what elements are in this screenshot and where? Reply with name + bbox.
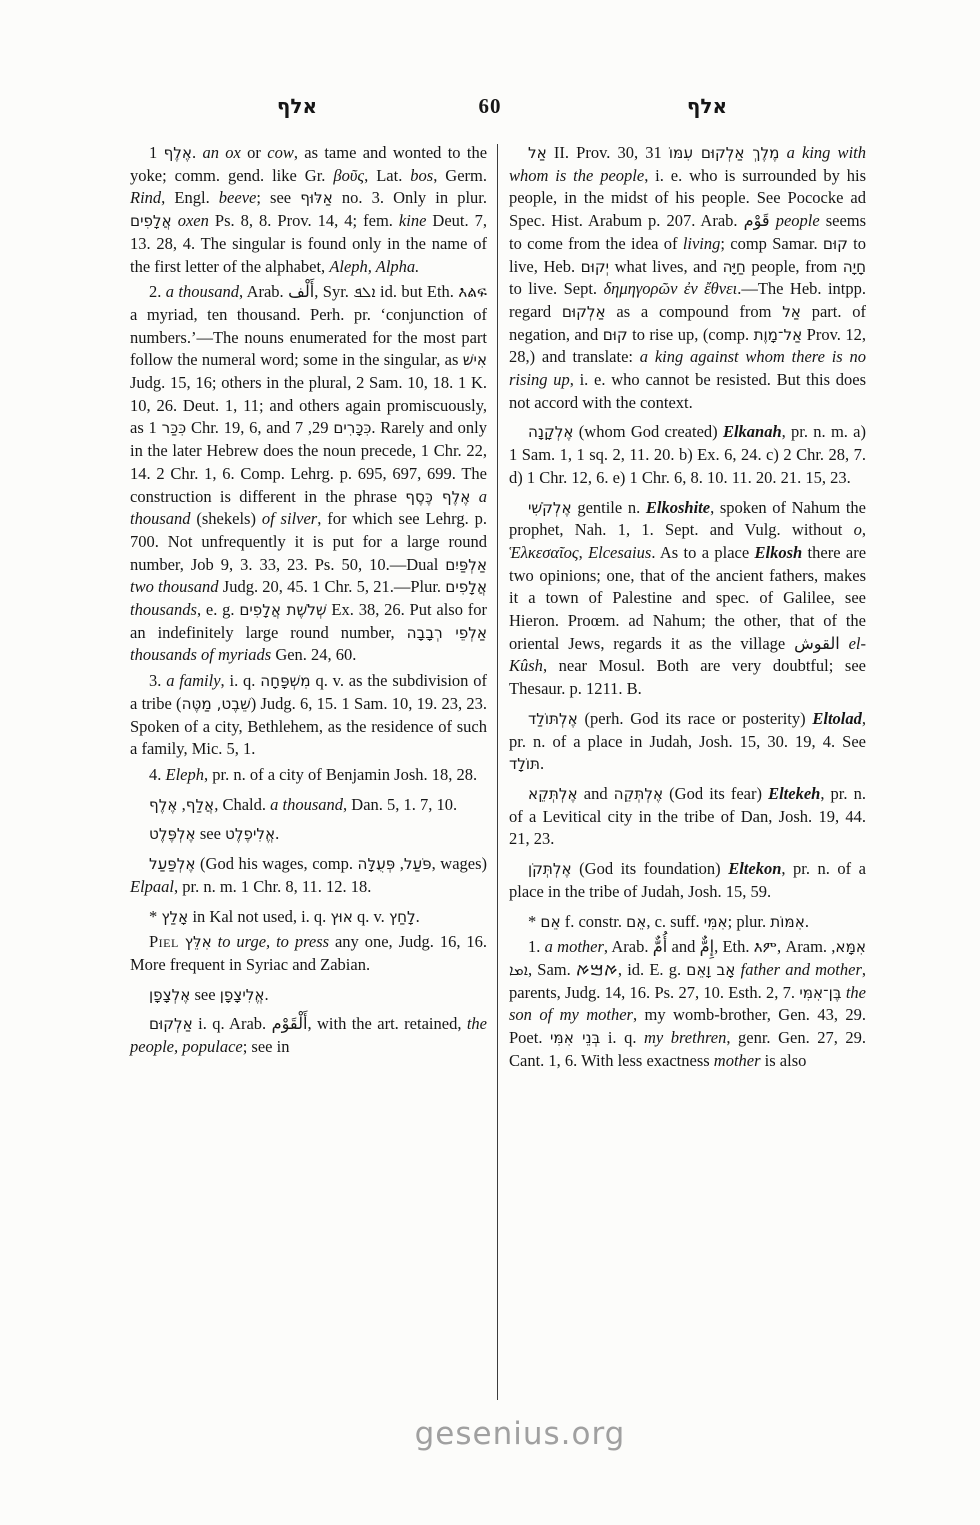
text-run: , near Mosul. Both are very doubtful; se… <box>509 656 866 698</box>
hebrew-word: אֶלְפֶּלֶט <box>149 825 196 843</box>
text-run: gentile n. <box>572 498 646 517</box>
hebrew-word: אֵם <box>540 913 560 931</box>
entry-elkanah: אֶלְקָנָה (whom God created) Elkanah, pr… <box>509 421 866 489</box>
text-run: , <box>862 520 866 539</box>
italic-text: kine <box>399 211 426 230</box>
hebrew-word: אַל <box>782 303 801 321</box>
text-run: , Engl. <box>161 188 219 207</box>
entry-al-II: אַל II. Prov. 30, 31 מֶלֶךְ אַלְקוּם עִמ… <box>509 142 866 414</box>
hebrew-word: אִישׁ <box>463 351 487 369</box>
hebrew-word: אֶלְתּוֹלַד <box>528 710 578 728</box>
italic-text: two thousand <box>130 577 219 596</box>
hebrew-word: שֵׁבֶט, מַטֶּה <box>182 695 251 713</box>
proper-name: Eltolad <box>812 709 862 728</box>
text-run: (God his wages, comp. <box>196 854 358 873</box>
text-run: 1. <box>528 937 545 956</box>
text-run: see <box>190 985 219 1004</box>
italic-text: bos <box>410 166 433 185</box>
hebrew-word: אִמִּי <box>704 913 728 931</box>
entry-alats: * אָלַץ in Kal not used, i. q. אוּץ q. v… <box>130 906 487 929</box>
italic-text: a mother <box>545 937 604 956</box>
right-column: אַל II. Prov. 30, 31 מֶלֶךְ אַלְקוּם עִמ… <box>509 142 866 1074</box>
italic-text: mother <box>714 1051 761 1070</box>
greek-text: Ἑλκεσαῖος <box>509 543 579 562</box>
hebrew-word: אִמָּא <box>835 938 866 956</box>
text-run: , pr. n. of a city of Benjamin Josh. 18,… <box>204 765 477 784</box>
hebrew-word: אֶלְפַּעַל <box>149 855 196 873</box>
text-run: , Lat. <box>364 166 410 185</box>
hebrew-word: אָלַץ <box>161 908 188 926</box>
arabic-word: أَلْف <box>288 282 314 301</box>
hebrew-word: אַלְקוּם <box>562 303 606 321</box>
italic-text: Rind <box>130 188 161 207</box>
ethiopic-word: እም <box>754 938 777 956</box>
text-run: 2. <box>149 282 166 301</box>
hebrew-word: אַל <box>528 144 547 162</box>
text-run: ; see <box>256 188 300 207</box>
text-run: , Sam. <box>528 960 576 979</box>
hebrew-word: אֶלְתְּקֹן <box>528 860 572 878</box>
text-run: ; plur. <box>728 912 771 931</box>
hebrew-word: שְׁלֹשֶׁת אֲלָפִים <box>239 601 326 619</box>
hebrew-word: תּוֹלָד <box>509 755 540 773</box>
hebrew-word: אָב וָאֵם <box>686 961 735 979</box>
hebrew-word: אֱלִיצָפָן <box>220 986 265 1004</box>
text-run: see <box>196 824 225 843</box>
running-head-right-keyword: אלף <box>530 94 884 118</box>
text-run <box>470 487 478 506</box>
arabic-word: القوش <box>794 634 840 653</box>
hebrew-word: לָחַץ <box>389 908 416 926</box>
sense-2-thousand: 2. a thousand, Arab. أَلْف, Syr. ܐܠܦ id.… <box>130 281 487 667</box>
book-page: אלף 60 אלף אֶלֶף 1. an ox or cow, as tam… <box>0 0 980 1525</box>
italic-text: Aleph, Alpha. <box>329 257 419 276</box>
hebrew-word: אֵם <box>626 913 646 931</box>
hebrew-word: פֹּעַל <box>404 855 432 873</box>
text-run: , id. E. g. <box>618 960 686 979</box>
entry-em-mother: * אֵם f. constr. אֵם, c. suff. אִמִּי; p… <box>509 911 866 934</box>
text-run: , i. q. <box>221 671 261 690</box>
text-run: , Syr. <box>314 282 353 301</box>
text-run: , Arab. <box>604 937 653 956</box>
entry-eltekeh: אֶלְתְּקֵא and אֶלְתְּקֵה (God its fear)… <box>509 783 866 851</box>
hebrew-word: כִּכָּרִים <box>333 419 371 437</box>
text-run: is also <box>761 1051 807 1070</box>
italic-text: oxen <box>178 211 209 230</box>
arabic-word: إِمٌّ <box>700 937 715 956</box>
entry-eltolad: אֶלְתּוֹלַד (perh. God its race or poste… <box>509 708 866 776</box>
hebrew-word: מֶלֶךְ אַלְקוּם עִמּוֹ <box>669 144 780 162</box>
text-columns: אֶלֶף 1. an ox or cow, as tame and wonte… <box>130 142 866 1074</box>
text-run: Gen. 24, 60. <box>271 645 356 664</box>
text-run: in Kal not used, i. q. <box>188 907 330 926</box>
hebrew-word: אֲלָפִים <box>445 578 487 596</box>
text-run <box>779 143 786 162</box>
text-run: . <box>416 907 420 926</box>
hebrew-word: קוּם <box>823 235 848 253</box>
text-run: or <box>241 143 267 162</box>
text-run: and <box>667 937 699 956</box>
text-run: (whom God created) <box>574 422 723 441</box>
hebrew-word: חָיָה <box>843 258 866 276</box>
italic-text: of silver <box>262 509 317 528</box>
sense-1-mother: 1. a mother, Arab. أُمٌّ and إِمٌّ, Eth.… <box>509 936 866 1072</box>
text-run: , Germ. <box>433 166 487 185</box>
syriac-word: ܐܡܐ <box>509 961 528 979</box>
sense-4-eleph: 4. Eleph, pr. n. of a city of Benjamin J… <box>130 764 487 787</box>
italic-text: a thousand <box>166 282 239 301</box>
greek-text: βοῦς <box>333 166 364 185</box>
hebrew-word: אַלְפֵי רְבָבָה <box>407 624 487 642</box>
text-run: II. Prov. 30, 31 <box>547 143 669 162</box>
entry-elkoshite: אֶלְקֹשִׁי gentile n. Elkoshite, spoken … <box>509 497 866 701</box>
italic-text: a family <box>166 671 220 690</box>
text-run: Judg. 20, 45. 1 Chr. 5, 21.—Plur. <box>219 577 446 596</box>
proper-name: Elkanah <box>723 422 782 441</box>
italic-text: to urge, to press <box>218 932 329 951</box>
proper-name: Elkosh <box>755 543 803 562</box>
text-run: , Arab. <box>239 282 288 301</box>
italic-text: beeve <box>219 188 257 207</box>
text-run: ; comp Samar. <box>720 234 823 253</box>
italic-text: living <box>683 234 721 253</box>
samaritan-word: ࠀࠌࠀ <box>576 961 618 979</box>
hebrew-word: פְּעֻלָּה <box>358 855 396 873</box>
text-run: (shekels) <box>191 509 262 528</box>
text-run <box>840 634 849 653</box>
hebrew-word: כִּכַּר <box>162 419 187 437</box>
text-run: (God its fear) <box>663 784 768 803</box>
hebrew-word: אוּץ <box>330 908 352 926</box>
entry-elpelet: אֶלְפֶּלֶט see אֱלִיפֶלֶט. <box>130 823 487 846</box>
text-run: . <box>805 912 809 931</box>
text-run: , Chald. <box>214 795 270 814</box>
running-head-left-keyword: אלף <box>120 94 474 118</box>
italic-text: Elcesaius <box>588 543 651 562</box>
text-run: as a compound from <box>606 302 783 321</box>
italic-text: cow <box>267 143 294 162</box>
hebrew-word: אֶלֶף כֶּסֶף <box>405 488 470 506</box>
text-run: i. q. <box>600 1028 644 1047</box>
hebrew-word: אֶלְתְּקֵא <box>528 785 578 803</box>
text-run: no. 3. Only in plur. <box>333 188 487 207</box>
text-run: * <box>149 907 161 926</box>
hebrew-word: בֶּן־אִמִּי <box>799 984 841 1002</box>
hebrew-word: אֲלַף <box>186 796 214 814</box>
text-run: , with the art. retained, <box>308 1014 467 1033</box>
text-run: what lives, and <box>609 257 723 276</box>
hebrew-word: אֶלֶף <box>164 144 192 162</box>
hebrew-word: אֶלְצָפָן <box>149 986 190 1004</box>
text-run: , c. suff. <box>646 912 703 931</box>
hebrew-word: אִמּוֹת <box>770 913 805 931</box>
entry-eleph-noun: אֶלֶף 1. an ox or cow, as tame and wonte… <box>130 142 487 278</box>
text-run: 4. <box>149 765 166 784</box>
italic-text: Eleph <box>166 765 205 784</box>
hebrew-word: אֶלְקֹשִׁי <box>528 499 572 517</box>
text-run: Ps. 8, 8. Prov. 14, 4; fem. <box>209 211 399 230</box>
entry-eltsaphan: אֶלְצָפָן see אֱלִיצָפָן. <box>130 984 487 1007</box>
text-run: , e. g. <box>197 600 239 619</box>
text-run: . As to a place <box>651 543 754 562</box>
text-run: . <box>264 985 268 1004</box>
hebrew-word: אַלְקוּם <box>149 1015 193 1033</box>
entry-elpaal: אֶלְפַּעַל (God his wages, comp. פֹּעַל,… <box>130 853 487 898</box>
text-run: id. but Eth. <box>376 282 459 301</box>
italic-text: thousands <box>130 600 197 619</box>
italic-text: Elpaal <box>130 877 174 896</box>
hebrew-word: אֶלֶף <box>149 796 177 814</box>
hebrew-word: אֶלְקָנָה <box>528 423 574 441</box>
text-run: , pr. n. m. 1 Chr. 8, 11. 12. 18. <box>174 877 371 896</box>
text-run: , <box>395 854 404 873</box>
text-run: ; see in <box>243 1037 290 1056</box>
greek-text: δημηγορῶν ἐν ἔθνει <box>603 279 737 298</box>
italic-text: a thousand <box>270 795 343 814</box>
text-run: . <box>275 824 279 843</box>
text-run: (perh. God its race or posterity) <box>578 709 813 728</box>
entry-alkum: אַלְקוּם i. q. Arab. أَلْقَوْم, with the… <box>130 1013 487 1058</box>
proper-name: Eltekeh <box>768 784 820 803</box>
small-caps-label: Piel <box>149 932 179 951</box>
hebrew-word: אֱלִיפֶלֶט <box>225 825 275 843</box>
watermark: gesenius.org <box>30 1416 980 1452</box>
arabic-word: أُمٌّ <box>653 937 668 956</box>
italic-text: my brethren <box>644 1028 726 1047</box>
text-run: people, from <box>746 257 843 276</box>
hebrew-word: חַיָּה <box>723 258 746 276</box>
text-run: and <box>578 784 614 803</box>
entry-eltekon: אֶלְתְּקֹן (God its foundation) Eltekon,… <box>509 858 866 903</box>
hebrew-word: בְּנֵי אִמִּי <box>550 1029 600 1047</box>
proper-name: Eltekon <box>728 859 781 878</box>
hebrew-word: אַלְפַּיִם <box>445 556 487 574</box>
text-run: f. constr. <box>561 912 627 931</box>
text-run: , <box>579 543 588 562</box>
hebrew-word: אִלֵּץ <box>185 933 212 951</box>
arabic-word: أَلْقَوْم <box>272 1014 308 1033</box>
text-run: , Eth. <box>714 937 754 956</box>
ethiopic-word: እልፍ <box>458 283 487 301</box>
hebrew-word: אַל־מָוֶת <box>754 326 803 344</box>
proper-name: Elkoshite <box>646 498 710 517</box>
hebrew-word: מִשְׁפָּחָה <box>260 672 310 690</box>
italic-text: people <box>776 211 820 230</box>
text-run: 3. <box>149 671 166 690</box>
text-run: i. q. Arab. <box>193 1014 272 1033</box>
hebrew-word: אַלּוּף <box>300 189 333 207</box>
text-run: , Dan. 5, 1. 7, 10. <box>343 795 457 814</box>
text-run: (God its foundation) <box>572 859 729 878</box>
sense-3-family: 3. a family, i. q. מִשְׁפָּחָה q. v. as … <box>130 670 487 761</box>
sense-piel: Piel אִלֵּץ to urge, to press any one, J… <box>130 931 487 976</box>
text-run: * <box>528 912 540 931</box>
italic-text: o <box>854 520 862 539</box>
text-run: , Aram. <box>777 937 831 956</box>
text-run: to rise up, (comp. <box>628 325 754 344</box>
hebrew-word: אֶלְתְּקֵה <box>614 785 663 803</box>
italic-text: thousands of myriads <box>130 645 271 664</box>
hebrew-word: יְקוּם <box>581 258 609 276</box>
syriac-word: ܐܠܦ <box>353 283 375 301</box>
text-run: a myriad, ten thousand. Perh. pr. ‘conju… <box>130 305 487 369</box>
text-run: to live. Sept. <box>509 279 603 298</box>
italic-text: father and mother <box>741 960 862 979</box>
hebrew-word: קוּם <box>603 326 628 344</box>
text-run: q. v. <box>353 907 389 926</box>
text-run: , <box>177 795 185 814</box>
italic-text: an ox <box>202 143 240 162</box>
arabic-word: قَوْم <box>744 211 770 230</box>
hebrew-word: אֲלָפִים <box>130 212 172 230</box>
text-run: , wages) <box>432 854 487 873</box>
entry-chald-thousand: אֲלַף, אֶלֶף, Chald. a thousand, Dan. 5,… <box>130 794 487 817</box>
page-number: 60 <box>440 94 540 119</box>
left-column: אֶלֶף 1. an ox or cow, as tame and wonte… <box>130 142 487 1074</box>
text-run: . <box>540 754 544 773</box>
